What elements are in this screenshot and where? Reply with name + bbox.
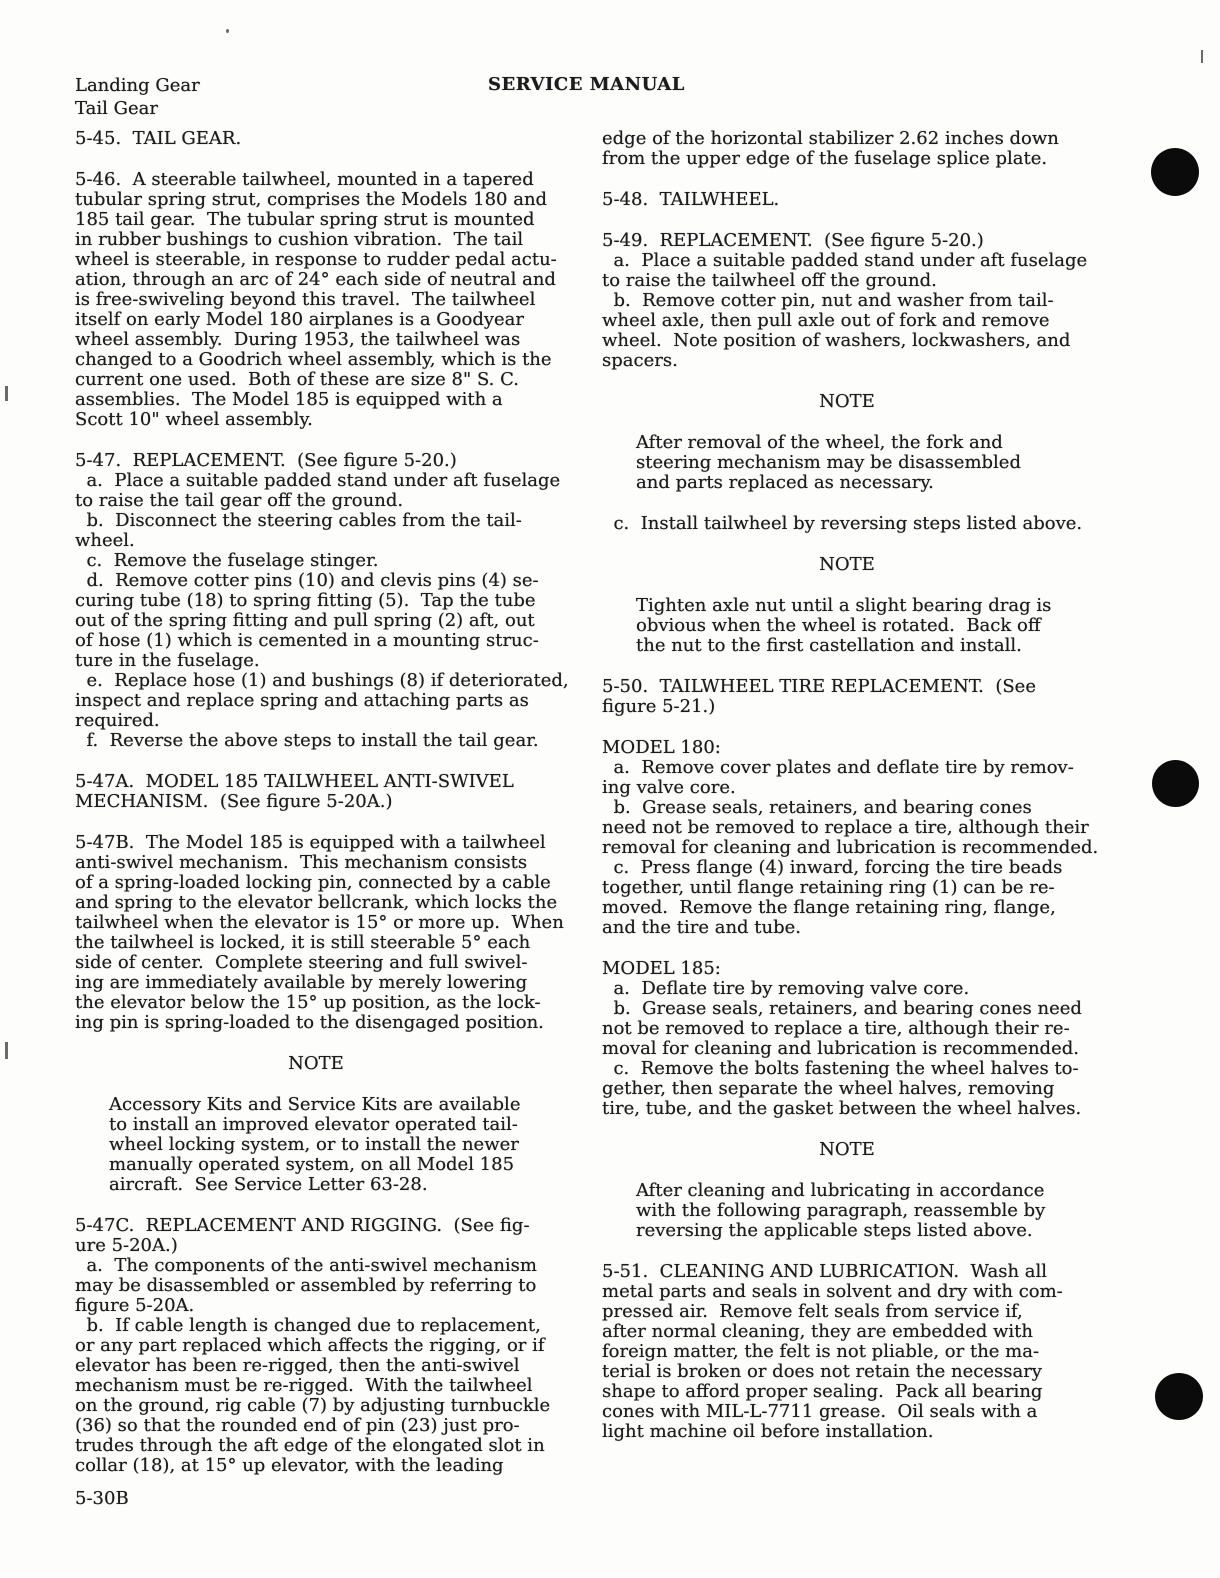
note-title: NOTE <box>75 1054 557 1074</box>
text-line: Tighten axle nut until a slight bearing … <box>636 596 1092 616</box>
text-line: itself on early Model 180 airplanes is a… <box>75 310 557 330</box>
text-line: and spring to the elevator bellcrank, wh… <box>75 893 557 913</box>
text-line: the nut to the first castellation and in… <box>636 636 1092 656</box>
text-line: moved. Remove the flange retaining ring,… <box>602 898 1092 918</box>
text-line: e. Replace hose (1) and bushings (8) if … <box>75 671 557 691</box>
punch-hole-artifact <box>1155 1373 1203 1420</box>
note-title: NOTE <box>602 1140 1092 1160</box>
text-line: figure 5-20A. <box>75 1296 557 1316</box>
text-line: assemblies. The Model 185 is equipped wi… <box>75 390 557 410</box>
text-line: After cleaning and lubricating in accord… <box>636 1181 1092 1201</box>
para-5-47b: 5-47B. The Model 185 is equipped with a … <box>75 833 557 1033</box>
text-line: shape to afford proper sealing. Pack all… <box>602 1382 1092 1402</box>
text-line: ing pin is spring-loaded to the disengag… <box>75 1013 557 1033</box>
text-line: trudes through the aft edge of the elong… <box>75 1436 557 1456</box>
text-line: tailwheel when the elevator is 15° or mo… <box>75 913 557 933</box>
note-accessory-kits: Accessory Kits and Service Kits are avai… <box>75 1095 557 1195</box>
text-line: 5-47B. The Model 185 is equipped with a … <box>75 833 557 853</box>
text-line: wheel. <box>75 531 557 551</box>
text-line: of hose (1) which is cemented in a mount… <box>75 631 557 651</box>
text-line: ure 5-20A.) <box>75 1236 557 1256</box>
text-line: after normal cleaning, they are embedded… <box>602 1322 1092 1342</box>
text-line: 5-51. CLEANING AND LUBRICATION. Wash all <box>602 1262 1092 1282</box>
text-line: 5-50. TAILWHEEL TIRE REPLACEMENT. (See <box>602 677 1092 697</box>
text-line: 185 tail gear. The tubular spring strut … <box>75 210 557 230</box>
punch-hole-artifact <box>1152 760 1199 807</box>
text-line: terial is broken or does not retain the … <box>602 1362 1092 1382</box>
text-line: obvious when the wheel is rotated. Back … <box>636 616 1092 636</box>
text-line: NOTE <box>602 392 1092 412</box>
scan-speck <box>1201 50 1203 63</box>
scan-speck <box>226 29 229 33</box>
procedure-5-49: 5-49. REPLACEMENT. (See figure 5-20.) a.… <box>602 231 1092 371</box>
scan-speck <box>5 386 8 401</box>
text-line: b. Grease seals, retainers, and bearing … <box>602 798 1092 818</box>
section-5-45: 5-45. TAIL GEAR. <box>75 129 557 149</box>
text-line: d. Remove cotter pins (10) and clevis pi… <box>75 571 557 591</box>
text-line: the tailwheel is locked, it is still ste… <box>75 933 557 953</box>
text-line: aircraft. See Service Letter 63-28. <box>109 1175 557 1195</box>
text-line: Scott 10" wheel assembly. <box>75 410 557 430</box>
text-line: 5-48. TAILWHEEL. <box>602 190 1092 210</box>
text-line: 5-47A. MODEL 185 TAILWHEEL ANTI-SWIVEL <box>75 772 557 792</box>
text-line: 5-46. A steerable tailwheel, mounted in … <box>75 170 557 190</box>
text-line: and parts replaced as necessary. <box>636 473 1092 493</box>
text-line: (36) so that the rounded end of pin (23)… <box>75 1416 557 1436</box>
text-line: may be disassembled or assembled by refe… <box>75 1276 557 1296</box>
header-chapter: Landing Gear <box>75 74 200 97</box>
procedure-model-185: MODEL 185: a. Deflate tire by removing v… <box>602 959 1092 1119</box>
text-line: a. Place a suitable padded stand under a… <box>602 251 1092 271</box>
text-line: manually operated system, on all Model 1… <box>109 1155 557 1175</box>
text-line: cones with MIL-L-7711 grease. Oil seals … <box>602 1402 1092 1422</box>
text-line: After removal of the wheel, the fork and <box>636 433 1092 453</box>
text-line: or any part replaced which affects the r… <box>75 1336 557 1356</box>
text-line: steering mechanism may be disassembled <box>636 453 1092 473</box>
text-line: ing are immediately available by merely … <box>75 973 557 993</box>
text-line: foreign matter, the felt is not pliable,… <box>602 1342 1092 1362</box>
text-line: c. Press flange (4) inward, forcing the … <box>602 858 1092 878</box>
text-line: required. <box>75 711 557 731</box>
text-line: elevator has been re-rigged, then the an… <box>75 1356 557 1376</box>
text-line: collar (18), at 15° up elevator, with th… <box>75 1456 557 1476</box>
text-line: c. Install tailwheel by reversing steps … <box>602 514 1092 534</box>
text-line: b. If cable length is changed due to rep… <box>75 1316 557 1336</box>
text-line: spacers. <box>602 351 1092 371</box>
text-line: in rubber bushings to cushion vibration.… <box>75 230 557 250</box>
text-line: to install an improved elevator operated… <box>109 1115 557 1135</box>
text-line: ture in the fuselage. <box>75 651 557 671</box>
text-line: inspect and replace spring and attaching… <box>75 691 557 711</box>
text-line: a. The components of the anti-swivel mec… <box>75 1256 557 1276</box>
heading-5-47a: 5-47A. MODEL 185 TAILWHEEL ANTI-SWIVELME… <box>75 772 557 812</box>
left-column: 5-45. TAIL GEAR.5-46. A steerable tailwh… <box>75 129 557 1476</box>
text-line: mechanism must be re-rigged. With the ta… <box>75 1376 557 1396</box>
text-line: on the ground, rig cable (7) by adjustin… <box>75 1396 557 1416</box>
text-line: a. Place a suitable padded stand under a… <box>75 471 557 491</box>
text-line: NOTE <box>75 1054 557 1074</box>
procedure-model-180: MODEL 180: a. Remove cover plates and de… <box>602 738 1092 938</box>
note-reassembly: After cleaning and lubricating in accord… <box>602 1181 1092 1241</box>
text-line: tire, tube, and the gasket between the w… <box>602 1099 1092 1119</box>
heading-5-50: 5-50. TAILWHEEL TIRE REPLACEMENT. (Seefi… <box>602 677 1092 717</box>
text-line: tubular spring strut, comprises the Mode… <box>75 190 557 210</box>
text-line: moval for cleaning and lubrication is re… <box>602 1039 1092 1059</box>
procedure-5-47: 5-47. REPLACEMENT. (See figure 5-20.) a.… <box>75 451 557 751</box>
text-line: figure 5-21.) <box>602 697 1092 717</box>
text-line: a. Deflate tire by removing valve core. <box>602 979 1092 999</box>
text-line: ation, through an arc of 24° each side o… <box>75 270 557 290</box>
text-line: b. Disconnect the steering cables from t… <box>75 511 557 531</box>
text-line: wheel locking system, or to install the … <box>109 1135 557 1155</box>
right-column: edge of the horizontal stabilizer 2.62 i… <box>602 129 1092 1442</box>
text-line: Accessory Kits and Service Kits are avai… <box>109 1095 557 1115</box>
text-line: c. Remove the fuselage stinger. <box>75 551 557 571</box>
text-line: removal for cleaning and lubrication is … <box>602 838 1092 858</box>
text-line: a. Remove cover plates and deflate tire … <box>602 758 1092 778</box>
note-title: NOTE <box>602 555 1092 575</box>
text-line: and the tire and tube. <box>602 918 1092 938</box>
text-line: together, until flange retaining ring (1… <box>602 878 1092 898</box>
para-continuation: edge of the horizontal stabilizer 2.62 i… <box>602 129 1092 169</box>
text-line: MODEL 185: <box>602 959 1092 979</box>
text-line: b. Grease seals, retainers, and bearing … <box>602 999 1092 1019</box>
text-line: to raise the tail gear off the ground. <box>75 491 557 511</box>
para-5-46: 5-46. A steerable tailwheel, mounted in … <box>75 170 557 430</box>
text-line: metal parts and seals in solvent and dry… <box>602 1282 1092 1302</box>
scan-speck <box>5 1042 8 1059</box>
step-5-49-c: c. Install tailwheel by reversing steps … <box>602 514 1092 534</box>
text-line: side of center. Complete steering and fu… <box>75 953 557 973</box>
procedure-5-47c: 5-47C. REPLACEMENT AND RIGGING. (See fig… <box>75 1216 557 1476</box>
punch-hole-artifact <box>1151 148 1199 196</box>
text-line: anti-swivel mechanism. This mechanism co… <box>75 853 557 873</box>
text-line: current one used. Both of these are size… <box>75 370 557 390</box>
text-line: MECHANISM. (See figure 5-20A.) <box>75 792 557 812</box>
text-line: curing tube (18) to spring fitting (5). … <box>75 591 557 611</box>
header-section: Tail Gear <box>75 97 200 120</box>
text-line: wheel is steerable, in response to rudde… <box>75 250 557 270</box>
text-line: of a spring-loaded locking pin, connecte… <box>75 873 557 893</box>
text-line: is free-swiveling beyond this travel. Th… <box>75 290 557 310</box>
text-line: c. Remove the bolts fastening the wheel … <box>602 1059 1092 1079</box>
text-line: 5-47. REPLACEMENT. (See figure 5-20.) <box>75 451 557 471</box>
para-5-51: 5-51. CLEANING AND LUBRICATION. Wash all… <box>602 1262 1092 1442</box>
text-line: the elevator below the 15° up position, … <box>75 993 557 1013</box>
section-5-48: 5-48. TAILWHEEL. <box>602 190 1092 210</box>
text-line: f. Reverse the above steps to install th… <box>75 731 557 751</box>
text-line: light machine oil before installation. <box>602 1422 1092 1442</box>
text-line: MODEL 180: <box>602 738 1092 758</box>
text-line: not be removed to replace a tire, althou… <box>602 1019 1092 1039</box>
text-line: wheel assembly. During 1953, the tailwhe… <box>75 330 557 350</box>
page-title: SERVICE MANUAL <box>488 74 685 95</box>
text-line: b. Remove cotter pin, nut and washer fro… <box>602 291 1092 311</box>
page-number: 5-30B <box>75 1489 129 1509</box>
page-header-left: Landing Gear Tail Gear <box>75 74 200 120</box>
text-line: to raise the tailwheel off the ground. <box>602 271 1092 291</box>
text-line: out of the spring fitting and pull sprin… <box>75 611 557 631</box>
manual-page: Landing Gear Tail Gear SERVICE MANUAL 5-… <box>0 0 1220 1578</box>
text-line: 5-45. TAIL GEAR. <box>75 129 557 149</box>
text-line: edge of the horizontal stabilizer 2.62 i… <box>602 129 1092 149</box>
text-line: reversing the applicable steps listed ab… <box>636 1221 1092 1241</box>
text-line: 5-49. REPLACEMENT. (See figure 5-20.) <box>602 231 1092 251</box>
note-title: NOTE <box>602 392 1092 412</box>
text-line: 5-47C. REPLACEMENT AND RIGGING. (See fig… <box>75 1216 557 1236</box>
note-axle-nut: Tighten axle nut until a slight bearing … <box>602 596 1092 656</box>
text-line: changed to a Goodrich wheel assembly, wh… <box>75 350 557 370</box>
text-line: NOTE <box>602 1140 1092 1160</box>
text-line: gether, then separate the wheel halves, … <box>602 1079 1092 1099</box>
note-wheel-removal: After removal of the wheel, the fork and… <box>602 433 1092 493</box>
text-line: need not be removed to replace a tire, a… <box>602 818 1092 838</box>
text-line: wheel. Note position of washers, lockwas… <box>602 331 1092 351</box>
text-line: wheel axle, then pull axle out of fork a… <box>602 311 1092 331</box>
text-line: NOTE <box>602 555 1092 575</box>
text-line: pressed air. Remove felt seals from serv… <box>602 1302 1092 1322</box>
text-line: with the following paragraph, reassemble… <box>636 1201 1092 1221</box>
text-line: ing valve core. <box>602 778 1092 798</box>
text-line: from the upper edge of the fuselage spli… <box>602 149 1092 169</box>
